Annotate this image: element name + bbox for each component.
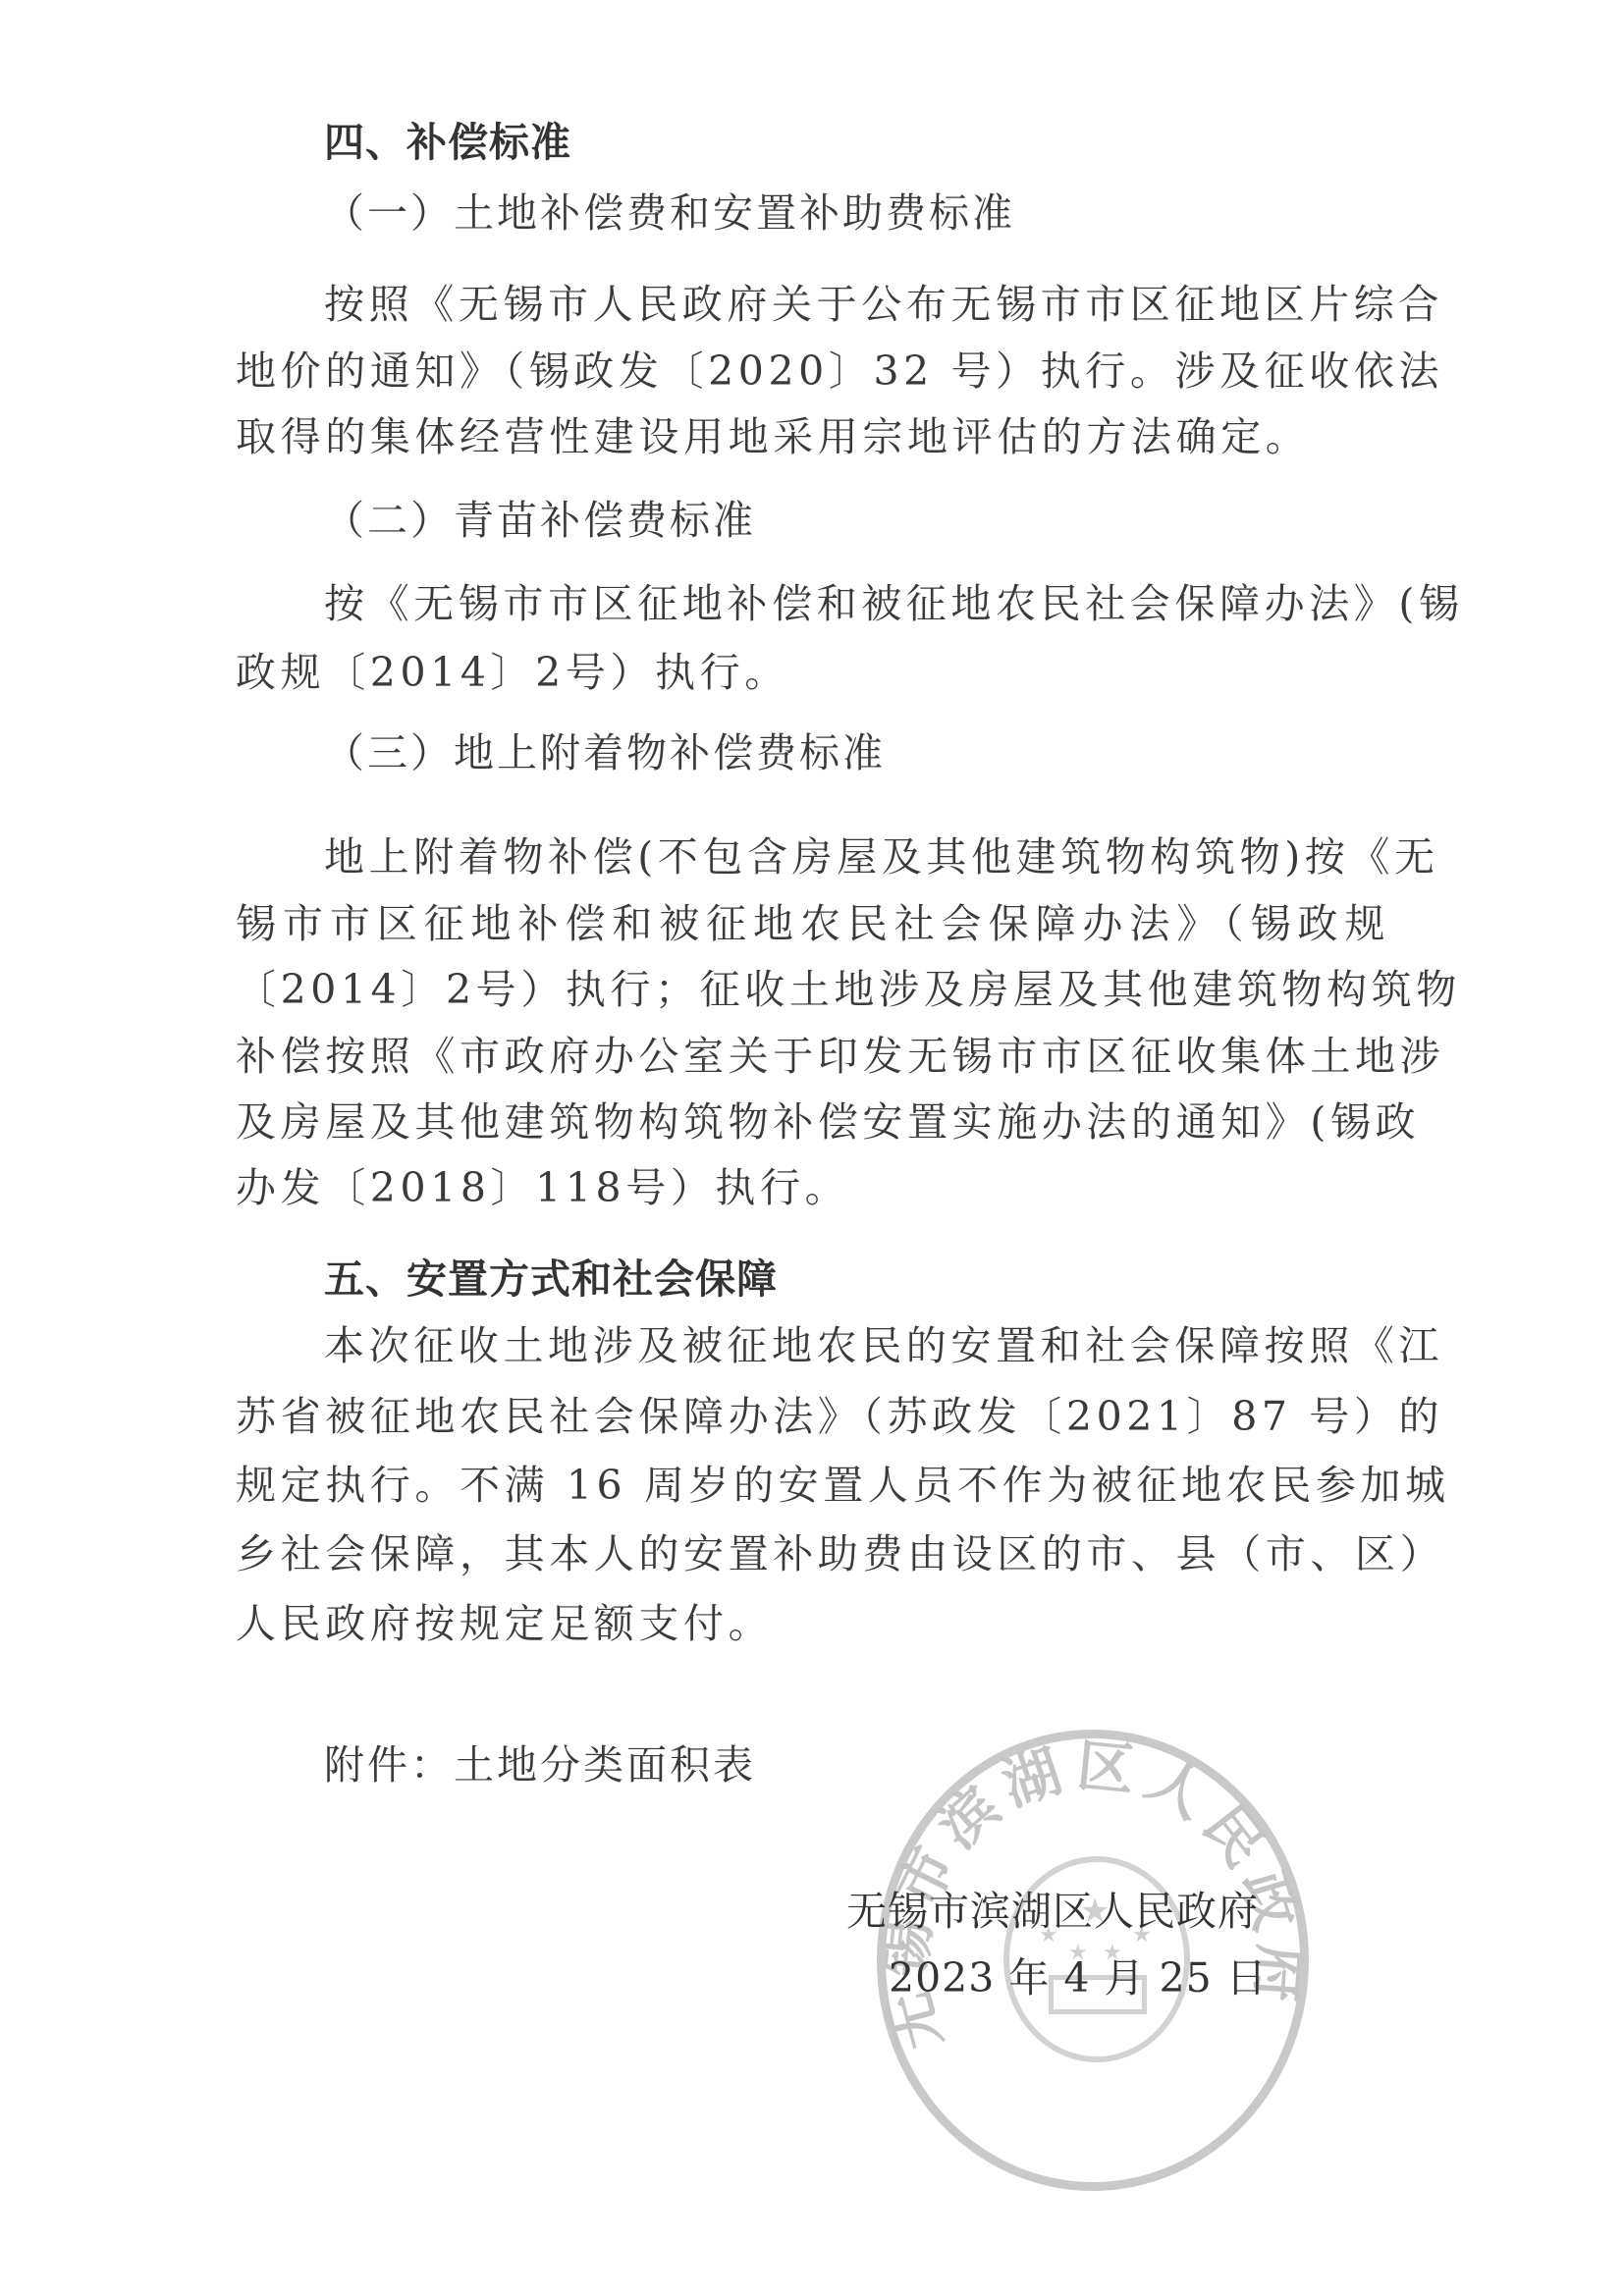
paragraph-line: 〔2014〕2号）执行；征收土地涉及房屋及其他建筑物构筑物 [236, 960, 1389, 1019]
paragraph-line: 及房屋及其他建筑物构筑物补偿安置实施办法的通知》(锡政 [236, 1093, 1389, 1151]
paragraph-line: 补偿按照《市政府办公室关于印发无锡市市区征收集体土地涉 [236, 1027, 1389, 1086]
paragraph-line: 地价的通知》（锡政发〔2020〕32 号）执行。涉及征收依法 [236, 342, 1389, 400]
paragraph-line: 本次征收土地涉及被征地农民的安置和社会保障按照《江 [324, 1316, 1389, 1375]
paragraph-line: 锡市市区征地补偿和被征地农民社会保障办法》（锡政规 [236, 894, 1389, 953]
section-4-heading: 四、补偿标准 [324, 113, 1389, 172]
issue-date: 2023 年 4 月 25 日 [889, 1949, 1268, 2007]
section-4-1-title: （一）土地补偿费和安置补助费标准 [324, 184, 1389, 242]
section-5-heading: 五、安置方式和社会保障 [324, 1250, 1389, 1308]
paragraph-line: 人民政府按规定足额支付。 [236, 1594, 1389, 1653]
paragraph-line: 取得的集体经营性建设用地采用宗地评估的方法确定。 [236, 407, 1389, 466]
section-4-2-title: （二）青苗补偿费标准 [324, 491, 1389, 550]
paragraph-line: 规定执行。不满 16 周岁的安置人员不作为被征地农民参加城 [236, 1456, 1389, 1515]
paragraph-line: 苏省被征地农民社会保障办法》（苏政发〔2021〕87 号）的 [236, 1387, 1389, 1446]
paragraph-line: 按照《无锡市人民政府关于公布无锡市市区征地区片综合 [324, 275, 1389, 334]
issuing-organization: 无锡市滨湖区人民政府 [846, 1882, 1259, 1941]
paragraph-line: 办发〔2018〕118号）执行。 [236, 1158, 1389, 1217]
paragraph-line: 按《无锡市市区征地补偿和被征地农民社会保障办法》(锡 [324, 574, 1389, 633]
section-4-3-title: （三）地上附着物补偿费标准 [324, 723, 1389, 782]
paragraph-line: 乡社会保障，其本人的安置补助费由设区的市、县（市、区） [236, 1524, 1389, 1583]
paragraph-line: 政规〔2014〕2号）执行。 [236, 643, 1389, 702]
paragraph-line: 地上附着物补偿(不包含房屋及其他建筑物构筑物)按《无 [324, 828, 1389, 886]
